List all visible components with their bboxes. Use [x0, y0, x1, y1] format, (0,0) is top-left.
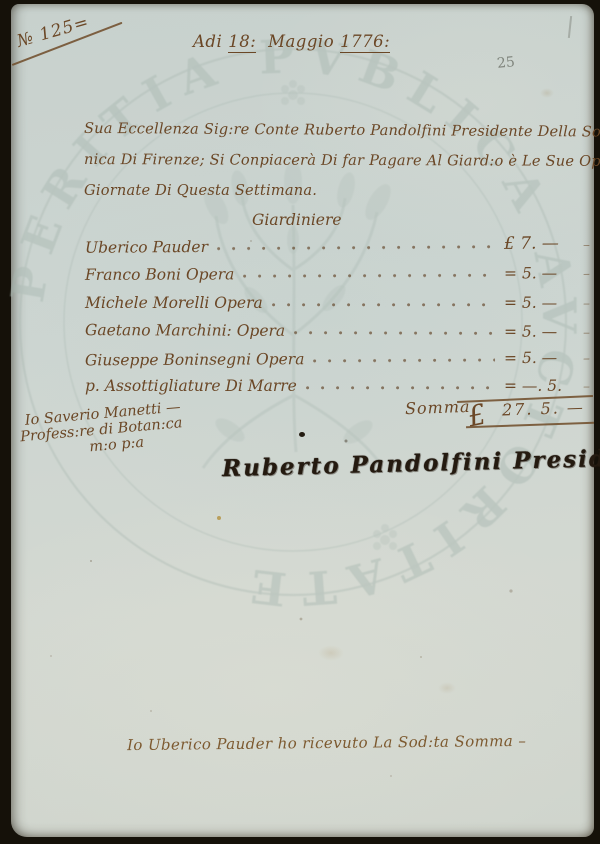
edge-dash: –: [566, 325, 590, 341]
pencil-folio-number: 25: [496, 54, 515, 72]
dotted-leader: [272, 303, 495, 307]
edge-dash: –: [566, 237, 590, 253]
paper-speckles: [90, 560, 92, 562]
dotted-leader: [217, 245, 495, 251]
date-year: 1776:: [340, 32, 390, 53]
dotted-leader: [294, 331, 495, 336]
date-prefix: Adi: [193, 32, 222, 51]
ledger-row-label: Giuseppe Boninsegni Opera: [85, 350, 305, 369]
ledger-row-amount: = 5. —: [504, 294, 566, 312]
somma-amount: 27. 5. —: [502, 398, 586, 420]
date-day: 18:: [228, 32, 256, 53]
edge-dash: –: [566, 266, 590, 282]
ink-blot: [299, 432, 305, 437]
date-month: Maggio: [268, 32, 334, 51]
scanned-manuscript: PERITIA PVBLICA AVCTORITATE: [0, 0, 600, 844]
ledger-row-label: Franco Boni Opera: [85, 265, 234, 284]
ledger-row-amount: = 5. —: [504, 264, 566, 282]
ledger-row: Michele Morelli Opera = 5. — –: [85, 288, 590, 312]
dotted-leader: [313, 358, 495, 363]
section-heading-giardiniere: Giardiniere: [252, 211, 342, 229]
dotted-leader: [243, 273, 495, 278]
ledger-row: Franco Boni Opera = 5. — –: [85, 258, 590, 284]
ledger-row-label: p. Assottigliature Di Marre: [85, 377, 297, 395]
ledger-row: Uberico Pauder £ 7. — –: [85, 229, 590, 257]
somma-label: Somma: [405, 397, 471, 418]
ledger-row-label: Michele Morelli Opera: [85, 294, 263, 312]
ledger-row-amount: = 5. —: [504, 349, 566, 367]
ledger-row-label: Uberico Pauder: [85, 238, 208, 257]
ledger-row: Gaetano Marchini: Opera = 5. — –: [85, 315, 590, 341]
ledger-row-amount: = —. 5.: [504, 377, 566, 395]
body-line-3: Giornate Di Questa Settimana.: [84, 182, 317, 199]
edge-dash: –: [566, 296, 590, 312]
ledger-row-label: Gaetano Marchini: Opera: [85, 321, 285, 340]
date-line: Adi18: Maggio1776:: [193, 32, 396, 51]
ledger-row-amount: £ 7. —: [504, 233, 566, 253]
ledger-row: p. Assottigliature Di Marre = —. 5. –: [85, 371, 590, 395]
dotted-leader: [306, 386, 495, 390]
paper-stain-dot: [217, 516, 221, 520]
edge-dash: –: [566, 351, 590, 367]
ledger-row: Giuseppe Boninsegni Opera = 5. — –: [85, 343, 590, 370]
body-line-2: nica Di Firenze; Si Conpiacerà Di far Pa…: [84, 151, 600, 170]
ledger-row-amount: = 5. —: [504, 323, 566, 341]
edge-dash: –: [566, 379, 590, 395]
